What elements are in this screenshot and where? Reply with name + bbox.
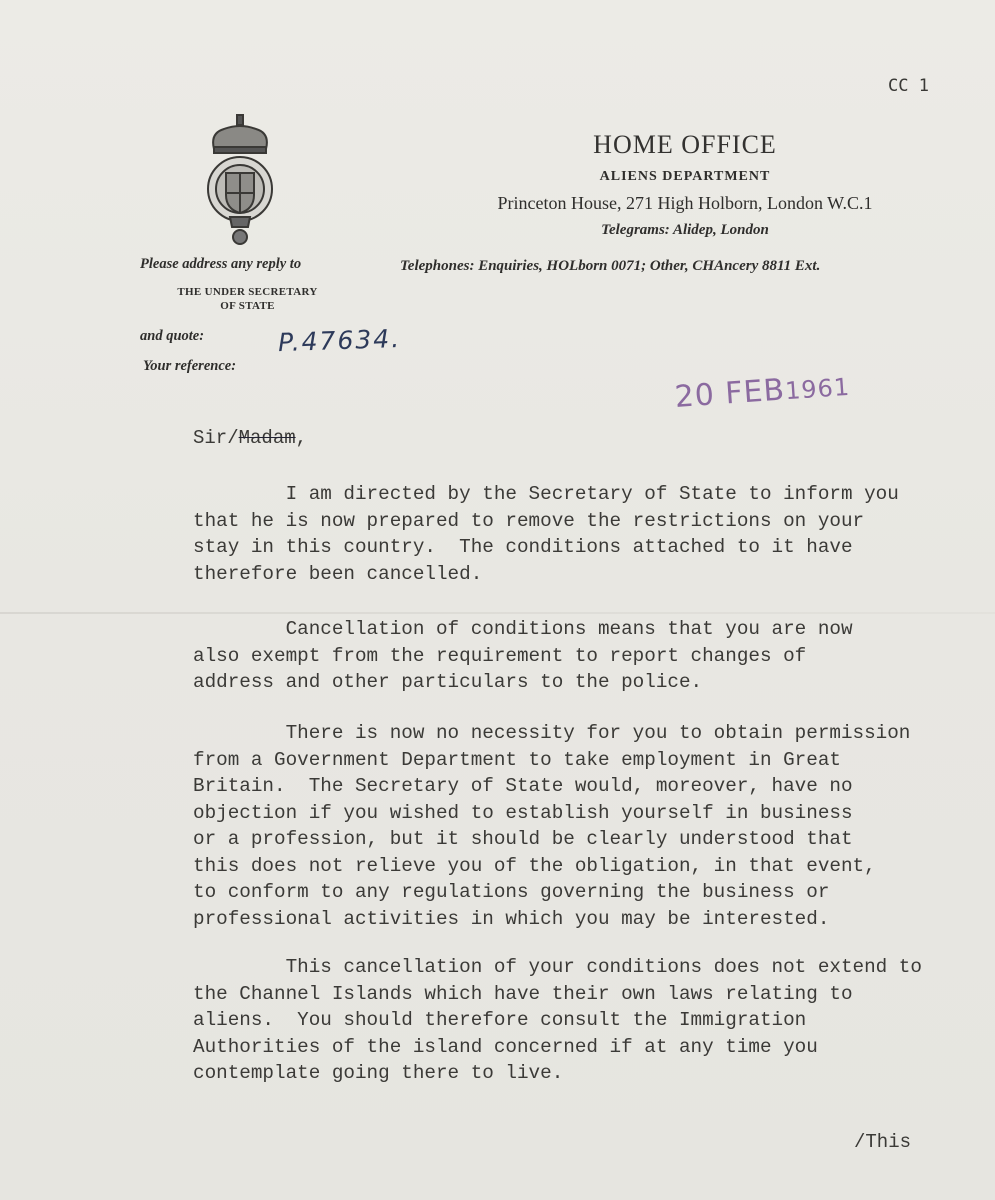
date-stamp-day-month: 20 FEB bbox=[674, 372, 787, 415]
reply-addressee-line2: OF STATE bbox=[140, 299, 355, 313]
paper-fold-crease bbox=[0, 612, 995, 614]
quote-label: and quote: bbox=[140, 328, 204, 345]
handwritten-reference: P.47634. bbox=[278, 324, 402, 357]
date-stamp: 20 FEB1961 bbox=[674, 368, 852, 415]
date-stamp-year: 1961 bbox=[784, 373, 851, 405]
reply-addressee: THE UNDER SECRETARY OF STATE bbox=[140, 285, 355, 313]
your-reference-label: Your reference: bbox=[143, 358, 236, 375]
letterhead: HOME OFFICE ALIENS DEPARTMENT Princeton … bbox=[400, 128, 970, 240]
letterhead-department: ALIENS DEPARTMENT bbox=[400, 168, 970, 186]
letter-page: CC 1 HOME OFFICE ALIENS DEPARTMENT Princ… bbox=[0, 0, 995, 1200]
paragraph-3: There is now no necessity for you to obt… bbox=[193, 720, 983, 932]
reply-instructions: Please address any reply to THE UNDER SE… bbox=[140, 256, 355, 313]
letterhead-title: HOME OFFICE bbox=[400, 128, 970, 162]
salutation-struck: Madam bbox=[239, 427, 296, 449]
letterhead-telephones: Telephones: Enquiries, HOLborn 0071; Oth… bbox=[400, 258, 820, 275]
paragraph-2: Cancellation of conditions means that yo… bbox=[193, 616, 983, 696]
salutation: Sir/Madam, bbox=[193, 427, 307, 449]
salutation-kept: Sir/ bbox=[193, 427, 239, 449]
paragraph-1: I am directed by the Secretary of State … bbox=[193, 481, 983, 587]
letterhead-address: Princeton House, 271 High Holborn, Londo… bbox=[400, 192, 970, 214]
paragraph-4: This cancellation of your conditions doe… bbox=[193, 954, 983, 1087]
royal-coat-of-arms-icon bbox=[200, 113, 280, 248]
reply-addressee-line1: THE UNDER SECRETARY bbox=[140, 285, 355, 299]
letterhead-telegrams: Telegrams: Alidep, London bbox=[400, 220, 970, 240]
copy-mark: CC 1 bbox=[888, 76, 929, 96]
reply-instruction: Please address any reply to bbox=[140, 256, 355, 273]
salutation-punct: , bbox=[296, 427, 307, 449]
continuation-marker: /This bbox=[854, 1131, 911, 1153]
